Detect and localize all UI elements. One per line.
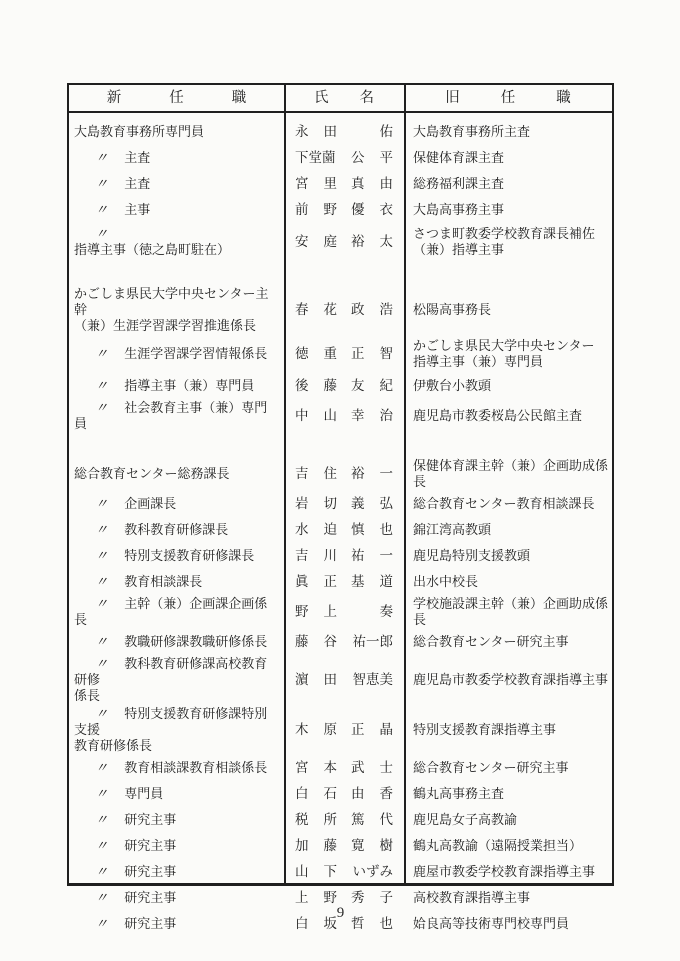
old-position-text: 鹿児島市教委学校教育課指導主事 (413, 672, 608, 687)
name-cell: 後藤 友紀 (284, 373, 404, 399)
name-given: 公平 (351, 150, 408, 166)
name-cell: 白石 由香 (284, 781, 404, 807)
ditto-mark: 〃 (95, 890, 108, 905)
table-body: 大島教育事務所専門員 永田 佑 大島教育事務所主査 〃 主査 下堂薗 公平 保健… (69, 113, 612, 937)
name-family: 濵田 (295, 672, 352, 688)
old-position-cell: 鹿児島市教委学校教育課指導主事 (404, 671, 612, 689)
old-position-text: 伊敷台小教頭 (413, 378, 491, 393)
old-position-text: 鶴丸高事務主査 (413, 786, 504, 801)
name-given: 基道 (351, 574, 408, 590)
old-position-cell: 鹿児島特別支援教頭 (404, 547, 612, 565)
table-row: 〃 社会教育主事（兼）専門員 中山 幸治 鹿児島市教委桜島公民館主査 (69, 399, 612, 433)
old-position-text: 鹿児島市教委桜島公民館主査 (413, 408, 582, 423)
name-cell: 吉住 裕一 (284, 457, 404, 491)
old-position-text: 保健体育課主幹（兼）企画助成係長 (413, 458, 608, 489)
name-given: 友紀 (351, 378, 408, 394)
person-name: 吉川 祐一 (295, 548, 393, 564)
ditto-mark: 〃 (95, 596, 108, 611)
name-cell: 藤谷 祐一郎 (284, 629, 404, 655)
table-row: 〃 研究主事 税所 篤代 鹿児島女子高教諭 (69, 807, 612, 833)
table-row: 〃 研究主事 加藤 寛樹 鶴丸高教諭（遠隔授業担当） (69, 833, 612, 859)
name-family: 後藤 (295, 378, 352, 394)
new-position-text: 教職研修課教職研修係長 (124, 634, 267, 649)
ditto-mark: 〃 (95, 760, 108, 775)
old-position-text: 錦江湾高教頭 (413, 522, 491, 537)
name-given: 奏 (380, 604, 394, 620)
new-position-cell: 〃 特別支援教育研修課長 (69, 547, 284, 565)
new-position-cell: かごしま県民大学中央センター主幹 （兼）生涯学習課学習推進係長 (69, 285, 284, 335)
table-row: 〃 研究主事 山下 いずみ 鹿屋市教委学校教育課指導主事 (69, 859, 612, 885)
table-row: 〃 生涯学習課学習情報係長 徳重 正智 かごしま県民大学中央センター 指導主事（… (69, 335, 612, 373)
new-position-cell: 総合教育センター総務課長 (69, 465, 284, 483)
person-name: 宮里 真由 (295, 176, 393, 192)
name-family: 岩切 (295, 496, 352, 512)
person-name: 水迫 慎也 (295, 522, 393, 538)
ditto-mark: 〃 (95, 496, 108, 511)
name-family: 徳重 (295, 346, 352, 362)
header-new-position: 新任職 (69, 90, 284, 106)
ditto-mark: 〃 (95, 634, 108, 649)
new-position-cell: 〃 指導主事（徳之島町駐在） (69, 225, 284, 259)
old-position-cell: 保健体育課主幹（兼）企画助成係長 (404, 457, 612, 491)
new-position-cell: 〃 教科教育研修課長 (69, 521, 284, 539)
new-position-cell: 〃 特別支援教育研修課特別支援 教育研修係長 (69, 705, 284, 755)
new-position-text: 主査 (124, 176, 150, 191)
table-row: 〃 特別支援教育研修課特別支援 教育研修係長 木原 正晶 特別支援教育課指導主事 (69, 705, 612, 755)
name-given: 正晶 (351, 722, 408, 738)
name-cell: 野上 奏 (284, 595, 404, 629)
old-position-cell: 総合教育センター研究主事 (404, 633, 612, 651)
person-name: 眞正 基道 (295, 574, 393, 590)
name-given: 秀子 (351, 890, 408, 906)
table-row: 〃 指導主事（徳之島町駐在） 安庭 裕太 さつま町教委学校教育課長補佐 （兼）指… (69, 223, 612, 261)
old-position-cell: 総務福利課主査 (404, 175, 612, 193)
name-family: 加藤 (295, 838, 352, 854)
new-position-text: 企画課長 (124, 496, 176, 511)
ditto-mark: 〃 (95, 812, 108, 827)
new-position-text: 指導主事（徳之島町駐在） (74, 242, 230, 257)
old-position-cell: 学校施設課主幹（兼）企画助成係長 (404, 595, 612, 629)
name-family: 山下 (295, 864, 352, 880)
name-given: 優衣 (351, 202, 408, 218)
old-position-cell: 大島高事務主事 (404, 201, 612, 219)
old-position-text: さつま町教委学校教育課長補佐 （兼）指導主事 (413, 226, 595, 257)
old-position-cell: 錦江湾高教頭 (404, 521, 612, 539)
new-position-text: 研究主事 (124, 890, 176, 905)
name-cell: 加藤 寛樹 (284, 833, 404, 859)
old-position-cell: 保健体育課主査 (404, 149, 612, 167)
old-position-text: 出水中校長 (413, 574, 478, 589)
name-family: 藤谷 (295, 634, 352, 650)
old-position-cell: さつま町教委学校教育課長補佐 （兼）指導主事 (404, 225, 612, 259)
person-name: 白石 由香 (295, 786, 393, 802)
name-family: 安庭 (295, 234, 352, 250)
name-cell: 永田 佑 (284, 119, 404, 145)
table-row: 大島教育事務所専門員 永田 佑 大島教育事務所主査 (69, 119, 612, 145)
ditto-mark: 〃 (95, 400, 108, 415)
new-position-cell: 〃 生涯学習課学習情報係長 (69, 345, 284, 363)
name-family: 白石 (295, 786, 352, 802)
person-name: 上野 秀子 (295, 890, 393, 906)
table-row: 〃 主査 下堂薗 公平 保健体育課主査 (69, 145, 612, 171)
person-name: 安庭 裕太 (295, 234, 393, 250)
table-row: 〃 教科教育研修課長 水迫 慎也 錦江湾高教頭 (69, 517, 612, 543)
old-position-text: 鹿児島女子高教諭 (413, 812, 517, 827)
new-position-text: 大島教育事務所専門員 (74, 124, 204, 139)
header-old-position-label: 旧任職 (445, 90, 612, 106)
new-position-cell: 〃 専門員 (69, 785, 284, 803)
table-row: 〃 主事 前野 優衣 大島高事務主事 (69, 197, 612, 223)
old-position-cell: かごしま県民大学中央センター 指導主事（兼）専門員 (404, 337, 612, 371)
old-position-text: 大島教育事務所主査 (413, 124, 530, 139)
old-position-text: 学校施設課主幹（兼）企画助成係長 (413, 596, 608, 627)
old-position-cell: 総合教育センター研究主事 (404, 759, 612, 777)
name-given: 義弘 (351, 496, 408, 512)
name-given: 武士 (351, 760, 408, 776)
person-name: 前野 優衣 (295, 202, 393, 218)
old-position-text: 特別支援教育課指導主事 (413, 722, 556, 737)
name-given: 真由 (351, 176, 408, 192)
person-name: 吉住 裕一 (295, 466, 393, 482)
name-cell: 木原 正晶 (284, 705, 404, 755)
old-position-cell: 鹿児島市教委桜島公民館主査 (404, 407, 612, 425)
header-old-position: 旧任職 (404, 90, 612, 106)
table-row: 〃 専門員 白石 由香 鶴丸高事務主査 (69, 781, 612, 807)
new-position-cell: 〃 教育相談課教育相談係長 (69, 759, 284, 777)
table-row: かごしま県民大学中央センター主幹 （兼）生涯学習課学習推進係長 春花 政浩 松陽… (69, 285, 612, 335)
new-position-text: 教育相談課教育相談係長 (124, 760, 267, 775)
person-name: 下堂薗 公平 (295, 150, 393, 166)
new-position-text: 教科教育研修課長 (124, 522, 228, 537)
name-cell: 徳重 正智 (284, 335, 404, 373)
name-family: 眞正 (295, 574, 352, 590)
name-cell: 前野 優衣 (284, 197, 404, 223)
name-cell: 宮本 武士 (284, 755, 404, 781)
person-name: 木原 正晶 (295, 722, 393, 738)
person-name: 加藤 寛樹 (295, 838, 393, 854)
ditto-mark: 〃 (95, 176, 108, 191)
new-position-cell: 〃 企画課長 (69, 495, 284, 513)
name-cell: 下堂薗 公平 (284, 145, 404, 171)
new-position-cell: 〃 教育相談課長 (69, 573, 284, 591)
new-position-cell: 〃 教職研修課教職研修係長 (69, 633, 284, 651)
new-position-cell: 〃 主査 (69, 175, 284, 193)
table-row: 〃 教職研修課教職研修係長 藤谷 祐一郎 総合教育センター研究主事 (69, 629, 612, 655)
header-new-position-label: 新任職 (107, 90, 295, 106)
table-row: 〃 教科教育研修課高校教育研修 係長 濵田 智恵美 鹿児島市教委学校教育課指導主… (69, 655, 612, 705)
name-cell: 税所 篤代 (284, 807, 404, 833)
name-cell: 岩切 義弘 (284, 491, 404, 517)
name-family: 前野 (295, 202, 352, 218)
person-name: 税所 篤代 (295, 812, 393, 828)
ditto-mark: 〃 (95, 150, 108, 165)
new-position-text: 主事 (124, 202, 150, 217)
person-name: 野上 奏 (295, 604, 393, 620)
name-given: 慎也 (351, 522, 408, 538)
person-name: 宮本 武士 (295, 760, 393, 776)
new-position-text: 研究主事 (124, 812, 176, 827)
name-given: 裕太 (351, 234, 408, 250)
name-family: 上野 (295, 890, 352, 906)
new-position-text: 専門員 (124, 786, 163, 801)
name-cell: 山下 いずみ (284, 859, 404, 885)
old-position-cell: 松陽高事務長 (404, 301, 612, 319)
name-family: 宮本 (295, 760, 352, 776)
name-family: 春花 (295, 302, 352, 318)
new-position-cell: 〃 主事 (69, 201, 284, 219)
ditto-mark: 〃 (95, 522, 108, 537)
new-position-cell: 〃 研究主事 (69, 863, 284, 881)
new-position-cell: 〃 研究主事 (69, 837, 284, 855)
old-position-cell: 伊敷台小教頭 (404, 377, 612, 395)
old-position-text: 鹿児島特別支援教頭 (413, 548, 530, 563)
new-position-text: 総合教育センター総務課長 (74, 466, 229, 481)
name-cell: 春花 政浩 (284, 285, 404, 335)
name-family: 下堂薗 (295, 150, 336, 166)
new-position-cell: 〃 研究主事 (69, 811, 284, 829)
name-family: 野上 (295, 604, 352, 620)
name-family: 吉川 (295, 548, 352, 564)
new-position-cell: 〃 教科教育研修課高校教育研修 係長 (69, 655, 284, 705)
new-position-text: 特別支援教育研修課長 (124, 548, 254, 563)
old-position-text: 鹿屋市教委学校教育課指導主事 (413, 864, 595, 879)
old-position-cell: 出水中校長 (404, 573, 612, 591)
header-name-label: 氏名 (314, 90, 405, 106)
name-given: 裕一 (351, 466, 408, 482)
table-row: 〃 企画課長 岩切 義弘 総合教育センター教育相談課長 (69, 491, 612, 517)
name-cell: 中山 幸治 (284, 399, 404, 433)
new-position-text: 生涯学習課学習情報係長 (124, 346, 267, 361)
old-position-text: 総合教育センター研究主事 (413, 634, 568, 649)
new-position-text: 主査 (124, 150, 150, 165)
name-given: 祐一郎 (353, 634, 394, 650)
table-row: 〃 主査 宮里 真由 総務福利課主査 (69, 171, 612, 197)
ditto-mark: 〃 (95, 656, 108, 671)
table-row: 〃 教育相談課教育相談係長 宮本 武士 総合教育センター研究主事 (69, 755, 612, 781)
name-given: 政浩 (351, 302, 408, 318)
personnel-table: 新任職 氏名 旧任職 大島教育事務所専門員 永田 佑 大島教育事務所主査 〃 (67, 83, 614, 886)
new-position-cell: 〃 主査 (69, 149, 284, 167)
document-page: 新任職 氏名 旧任職 大島教育事務所専門員 永田 佑 大島教育事務所主査 〃 (0, 0, 680, 961)
column-divider (404, 85, 406, 883)
name-family: 木原 (295, 722, 352, 738)
new-position-cell: 〃 主幹（兼）企画課企画係長 (69, 595, 284, 629)
ditto-mark: 〃 (95, 226, 108, 241)
table-row: 〃 教育相談課長 眞正 基道 出水中校長 (69, 569, 612, 595)
old-position-text: 総合教育センター教育相談課長 (413, 496, 594, 511)
person-name: 山下 いずみ (295, 864, 393, 880)
table-row: 総合教育センター総務課長 吉住 裕一 保健体育課主幹（兼）企画助成係長 (69, 457, 612, 491)
name-given: 寛樹 (351, 838, 408, 854)
person-name: 春花 政浩 (295, 302, 393, 318)
name-given: 智恵美 (353, 672, 394, 688)
name-cell: 宮里 真由 (284, 171, 404, 197)
old-position-cell: 特別支援教育課指導主事 (404, 721, 612, 739)
new-position-text: 指導主事（兼）専門員 (124, 378, 254, 393)
person-name: 永田 佑 (295, 124, 393, 140)
name-cell: 吉川 祐一 (284, 543, 404, 569)
person-name: 後藤 友紀 (295, 378, 393, 394)
old-position-text: 松陽高事務長 (413, 302, 491, 317)
name-given: 幸治 (351, 408, 408, 424)
old-position-text: 高校教育課指導主事 (413, 890, 530, 905)
person-name: 徳重 正智 (295, 346, 393, 362)
person-name: 中山 幸治 (295, 408, 393, 424)
name-cell: 安庭 裕太 (284, 223, 404, 261)
name-cell: 水迫 慎也 (284, 517, 404, 543)
ditto-mark: 〃 (95, 378, 108, 393)
table-row: 〃 指導主事（兼）専門員 後藤 友紀 伊敷台小教頭 (69, 373, 612, 399)
table-header-row: 新任職 氏名 旧任職 (69, 85, 612, 113)
old-position-text: 大島高事務主事 (413, 202, 504, 217)
ditto-mark: 〃 (95, 346, 108, 361)
name-family: 税所 (295, 812, 352, 828)
old-position-cell: 鹿児島女子高教諭 (404, 811, 612, 829)
ditto-mark: 〃 (95, 574, 108, 589)
old-position-cell: 鹿屋市教委学校教育課指導主事 (404, 863, 612, 881)
new-position-text: 研究主事 (124, 838, 176, 853)
name-family: 水迫 (295, 522, 352, 538)
old-position-text: 総務福利課主査 (413, 176, 504, 191)
page-number: 9 (67, 905, 614, 922)
new-position-text: 教育相談課長 (124, 574, 202, 589)
header-name: 氏名 (284, 90, 404, 106)
old-position-cell: 鶴丸高事務主査 (404, 785, 612, 803)
old-position-text: 保健体育課主査 (413, 150, 504, 165)
person-name: 岩切 義弘 (295, 496, 393, 512)
name-given: 由香 (351, 786, 408, 802)
name-given: いずみ (353, 864, 394, 880)
name-given: 佑 (380, 124, 394, 140)
new-position-cell: 〃 指導主事（兼）専門員 (69, 377, 284, 395)
old-position-cell: 大島教育事務所主査 (404, 123, 612, 141)
name-cell: 濵田 智恵美 (284, 655, 404, 705)
ditto-mark: 〃 (95, 786, 108, 801)
name-family: 宮里 (295, 176, 352, 192)
new-position-cell: 大島教育事務所専門員 (69, 123, 284, 141)
old-position-cell: 鶴丸高教諭（遠隔授業担当） (404, 837, 612, 855)
old-position-text: 鶴丸高教諭（遠隔授業担当） (413, 838, 582, 853)
name-family: 中山 (295, 408, 352, 424)
name-family: 吉住 (295, 466, 352, 482)
ditto-mark: 〃 (95, 706, 108, 721)
old-position-text: かごしま県民大学中央センター 指導主事（兼）専門員 (413, 338, 594, 369)
name-given: 祐一 (351, 548, 408, 564)
ditto-mark: 〃 (95, 864, 108, 879)
new-position-cell: 〃 社会教育主事（兼）専門員 (69, 399, 284, 433)
ditto-mark: 〃 (95, 202, 108, 217)
name-given: 正智 (351, 346, 408, 362)
table-row: 〃 主幹（兼）企画課企画係長 野上 奏 学校施設課主幹（兼）企画助成係長 (69, 595, 612, 629)
old-position-cell: 総合教育センター教育相談課長 (404, 495, 612, 513)
name-given: 篤代 (351, 812, 408, 828)
name-cell: 眞正 基道 (284, 569, 404, 595)
ditto-mark: 〃 (95, 548, 108, 563)
person-name: 濵田 智恵美 (295, 672, 393, 688)
new-position-text: かごしま県民大学中央センター主幹 （兼）生涯学習課学習推進係長 (74, 286, 268, 333)
name-family: 永田 (295, 124, 352, 140)
table-row: 〃 特別支援教育研修課長 吉川 祐一 鹿児島特別支援教頭 (69, 543, 612, 569)
ditto-mark: 〃 (95, 838, 108, 853)
column-divider (284, 85, 286, 883)
person-name: 藤谷 祐一郎 (295, 634, 393, 650)
new-position-text: 研究主事 (124, 864, 176, 879)
old-position-text: 総合教育センター研究主事 (413, 760, 568, 775)
